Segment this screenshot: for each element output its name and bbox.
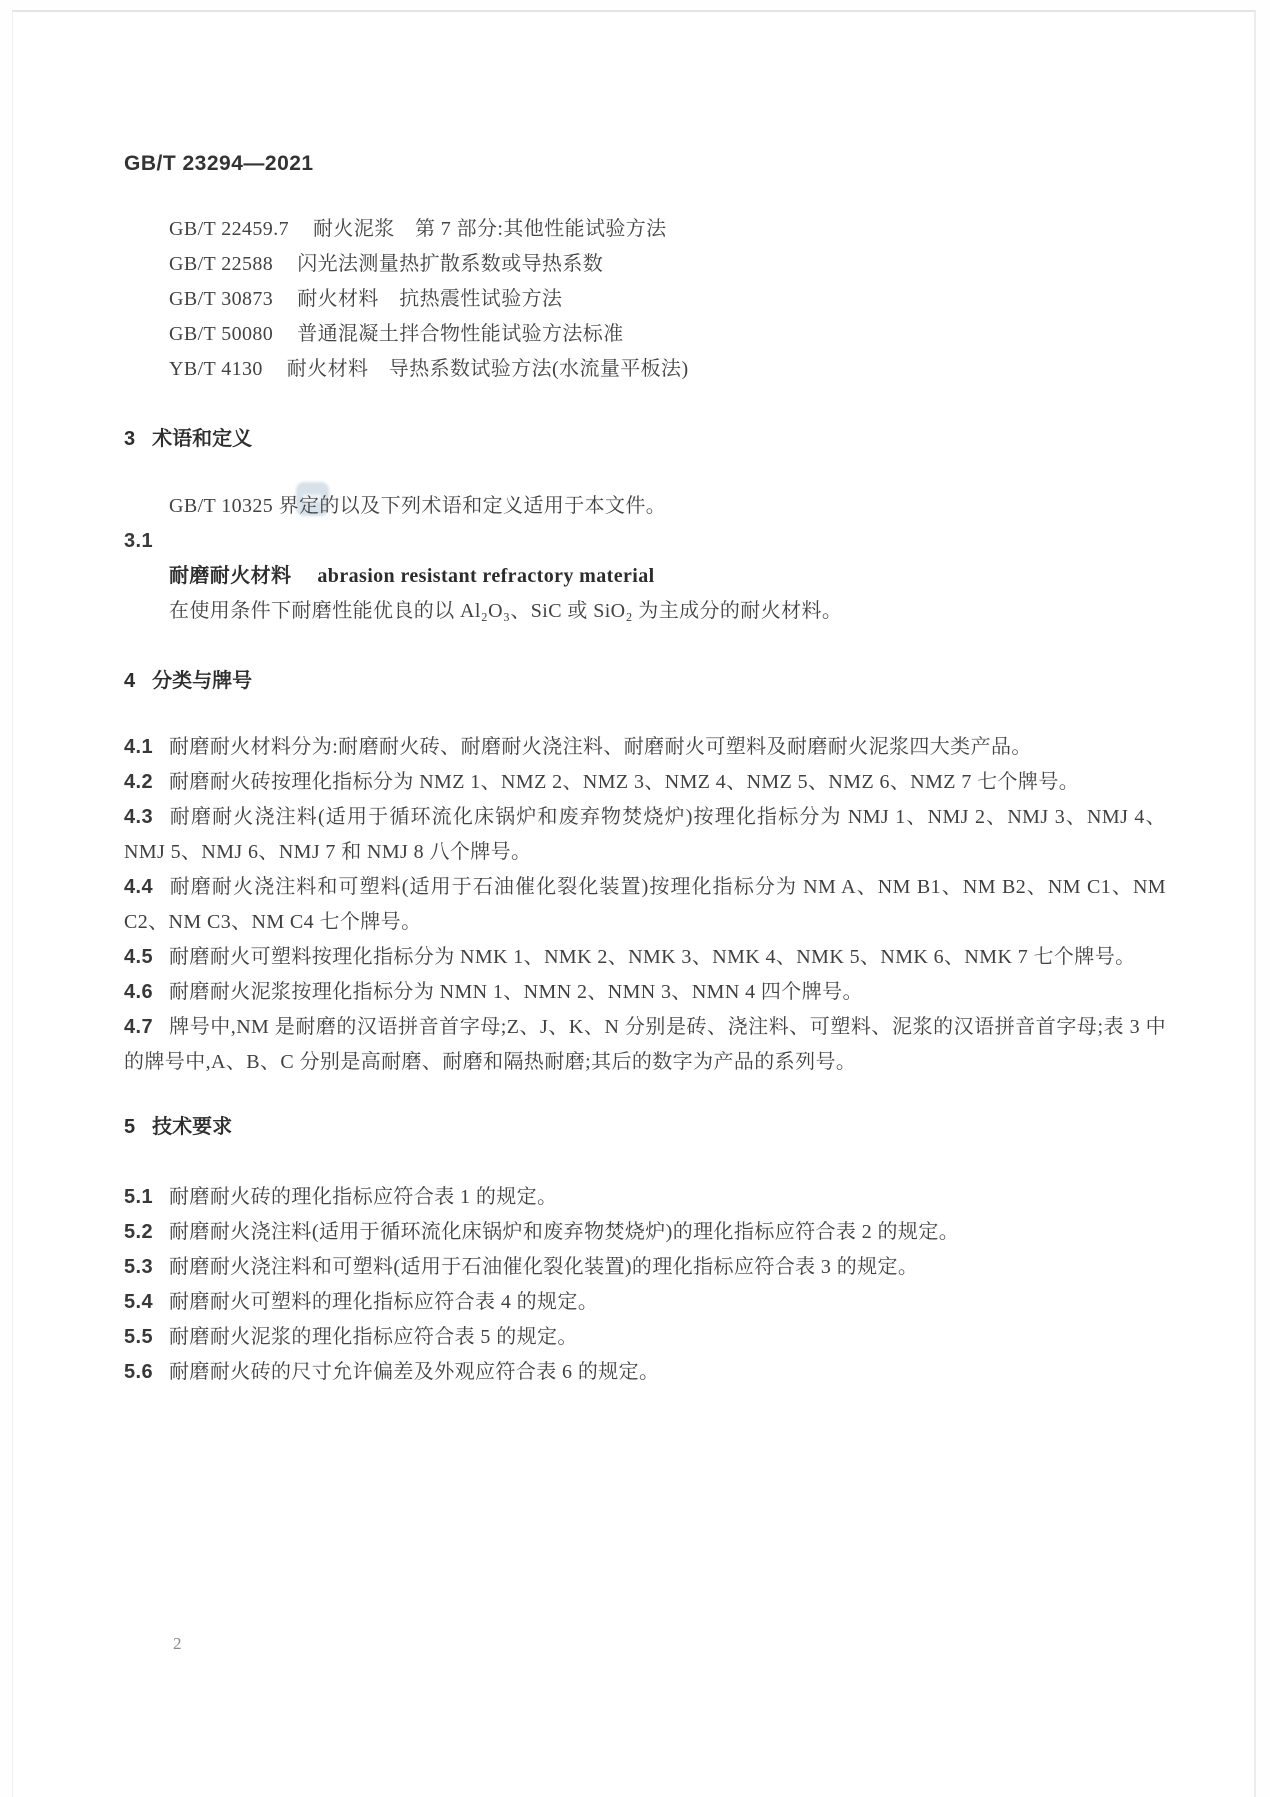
section-3-heading: 3术语和定义	[124, 422, 1166, 457]
clause-text: 耐磨耐火泥浆的理化指标应符合表 5 的规定。	[169, 1326, 578, 1348]
reference-code: GB/T 22459.7	[169, 218, 289, 240]
reference-title: 闪光法测量热扩散系数或导热系数	[297, 253, 603, 275]
clause-5-6: 5.6耐磨耐火砖的尺寸允许偏差及外观应符合表 6 的规定。	[124, 1355, 1166, 1390]
clause-text: 牌号中,NM 是耐磨的汉语拼音首字母;Z、J、K、N 分别是砖、浇注料、可塑料、…	[124, 1016, 1166, 1073]
clause-number: 4.4	[124, 876, 153, 898]
clause-number: 4.5	[124, 946, 153, 968]
reference-item: GB/T 22588闪光法测量热扩散系数或导热系数	[124, 247, 1166, 282]
clause-number: 4.3	[124, 806, 153, 828]
page-number: 2	[173, 1632, 182, 1656]
clause-3-1-number: 3.1	[124, 524, 1166, 559]
term-entry: 耐磨耐火材料abrasion resistant refractory mate…	[124, 559, 1166, 594]
clause-4-3: 4.3耐磨耐火浇注料(适用于循环流化床锅炉和废弃物焚烧炉)按理化指标分为 NMJ…	[124, 800, 1166, 870]
clause-text: 耐磨耐火材料分为:耐磨耐火砖、耐磨耐火浇注料、耐磨耐火可塑料及耐磨耐火泥浆四大类…	[169, 736, 1032, 758]
page-content: GB/T 23294—2021 GB/T 22459.7耐火泥浆 第 7 部分:…	[124, 12, 1166, 1390]
clause-4-6: 4.6耐磨耐火泥浆按理化指标分为 NMN 1、NMN 2、NMN 3、NMN 4…	[124, 975, 1166, 1010]
term-chinese: 耐磨耐火材料	[169, 565, 291, 587]
clause-5-2: 5.2耐磨耐火浇注料(适用于循环流化床锅炉和废弃物焚烧炉)的理化指标应符合表 2…	[124, 1215, 1166, 1250]
clause-number: 5.2	[124, 1221, 153, 1243]
normative-references-list: GB/T 22459.7耐火泥浆 第 7 部分:其他性能试验方法 GB/T 22…	[124, 212, 1166, 387]
clause-text: 耐磨耐火可塑料的理化指标应符合表 4 的规定。	[169, 1291, 598, 1313]
reference-code: GB/T 50080	[169, 323, 273, 345]
scanned-document-canvas: GB/T 23294—2021 GB/T 22459.7耐火泥浆 第 7 部分:…	[0, 0, 1270, 1797]
clause-text: 耐磨耐火浇注料和可塑料(适用于石油催化裂化装置)的理化指标应符合表 3 的规定。	[169, 1256, 918, 1278]
clause-number: 4.1	[124, 736, 153, 758]
reference-code: YB/T 4130	[169, 358, 263, 380]
section-5-title: 技术要求	[152, 1116, 232, 1138]
clause-number: 5.1	[124, 1186, 153, 1208]
clause-4-2: 4.2耐磨耐火砖按理化指标分为 NMZ 1、NMZ 2、NMZ 3、NMZ 4、…	[124, 765, 1166, 800]
section-4-number: 4	[124, 670, 135, 692]
reference-item: YB/T 4130耐火材料 导热系数试验方法(水流量平板法)	[124, 352, 1166, 387]
reference-code: GB/T 30873	[169, 288, 273, 310]
section-3-intro: GB/T 10325 界定的以及下列术语和定义适用于本文件。	[124, 489, 1166, 524]
clause-text: 耐磨耐火砖按理化指标分为 NMZ 1、NMZ 2、NMZ 3、NMZ 4、NMZ…	[169, 771, 1079, 793]
clause-text: 耐磨耐火砖的尺寸允许偏差及外观应符合表 6 的规定。	[169, 1361, 659, 1383]
clause-number: 4.7	[124, 1016, 153, 1038]
reference-title: 耐火材料 导热系数试验方法(水流量平板法)	[287, 358, 689, 380]
clause-5-3: 5.3耐磨耐火浇注料和可塑料(适用于石油催化裂化装置)的理化指标应符合表 3 的…	[124, 1250, 1166, 1285]
clause-5-4: 5.4耐磨耐火可塑料的理化指标应符合表 4 的规定。	[124, 1285, 1166, 1320]
term-english: abrasion resistant refractory material	[317, 565, 654, 587]
section-5-heading: 5技术要求	[124, 1110, 1166, 1145]
reference-title: 普通混凝土拌合物性能试验方法标准	[297, 323, 623, 345]
section-4-clauses: 4.1耐磨耐火材料分为:耐磨耐火砖、耐磨耐火浇注料、耐磨耐火可塑料及耐磨耐火泥浆…	[124, 730, 1166, 1080]
clause-4-1: 4.1耐磨耐火材料分为:耐磨耐火砖、耐磨耐火浇注料、耐磨耐火可塑料及耐磨耐火泥浆…	[124, 730, 1166, 765]
clause-number: 5.4	[124, 1291, 153, 1313]
section-3-title: 术语和定义	[152, 428, 252, 450]
reference-title: 耐火泥浆 第 7 部分:其他性能试验方法	[313, 218, 667, 240]
clause-text: 耐磨耐火浇注料(适用于循环流化床锅炉和废弃物焚烧炉)的理化指标应符合表 2 的规…	[169, 1221, 959, 1243]
clause-number: 5.3	[124, 1256, 153, 1278]
clause-text: 耐磨耐火砖的理化指标应符合表 1 的规定。	[169, 1186, 557, 1208]
section-4-title: 分类与牌号	[152, 670, 252, 692]
reference-item: GB/T 22459.7耐火泥浆 第 7 部分:其他性能试验方法	[124, 212, 1166, 247]
clause-number: 5.6	[124, 1361, 153, 1383]
clause-4-4: 4.4耐磨耐火浇注料和可塑料(适用于石油催化裂化装置)按理化指标分为 NM A、…	[124, 870, 1166, 940]
clause-text: 耐磨耐火浇注料(适用于循环流化床锅炉和废弃物焚烧炉)按理化指标分为 NMJ 1、…	[124, 806, 1166, 863]
clause-4-5: 4.5耐磨耐火可塑料按理化指标分为 NMK 1、NMK 2、NMK 3、NMK …	[124, 940, 1166, 975]
clause-5-1: 5.1耐磨耐火砖的理化指标应符合表 1 的规定。	[124, 1180, 1166, 1215]
clause-4-7: 4.7牌号中,NM 是耐磨的汉语拼音首字母;Z、J、K、N 分别是砖、浇注料、可…	[124, 1010, 1166, 1080]
clause-text: 耐磨耐火可塑料按理化指标分为 NMK 1、NMK 2、NMK 3、NMK 4、N…	[169, 946, 1136, 968]
section-5-clauses: 5.1耐磨耐火砖的理化指标应符合表 1 的规定。 5.2耐磨耐火浇注料(适用于循…	[124, 1180, 1166, 1390]
clause-5-5: 5.5耐磨耐火泥浆的理化指标应符合表 5 的规定。	[124, 1320, 1166, 1355]
term-definition: 在使用条件下耐磨性能优良的以 Al₂O₃、SiC 或 SiO₂ 为主成分的耐火材…	[124, 594, 1166, 629]
clause-number: 4.6	[124, 981, 153, 1003]
reference-code: GB/T 22588	[169, 253, 273, 275]
section-5-number: 5	[124, 1116, 135, 1138]
clause-number: 5.5	[124, 1326, 153, 1348]
reference-item: GB/T 30873耐火材料 抗热震性试验方法	[124, 282, 1166, 317]
clause-text: 耐磨耐火泥浆按理化指标分为 NMN 1、NMN 2、NMN 3、NMN 4 四个…	[169, 981, 863, 1003]
section-3-number: 3	[124, 428, 135, 450]
reference-item: GB/T 50080普通混凝土拌合物性能试验方法标准	[124, 317, 1166, 352]
section-4-heading: 4分类与牌号	[124, 664, 1166, 699]
document-page: GB/T 23294—2021 GB/T 22459.7耐火泥浆 第 7 部分:…	[12, 10, 1256, 1797]
reference-title: 耐火材料 抗热震性试验方法	[297, 288, 562, 310]
clause-number: 4.2	[124, 771, 153, 793]
clause-text: 耐磨耐火浇注料和可塑料(适用于石油催化裂化装置)按理化指标分为 NM A、NM …	[124, 876, 1166, 933]
standard-code-header: GB/T 23294—2021	[124, 148, 1166, 180]
